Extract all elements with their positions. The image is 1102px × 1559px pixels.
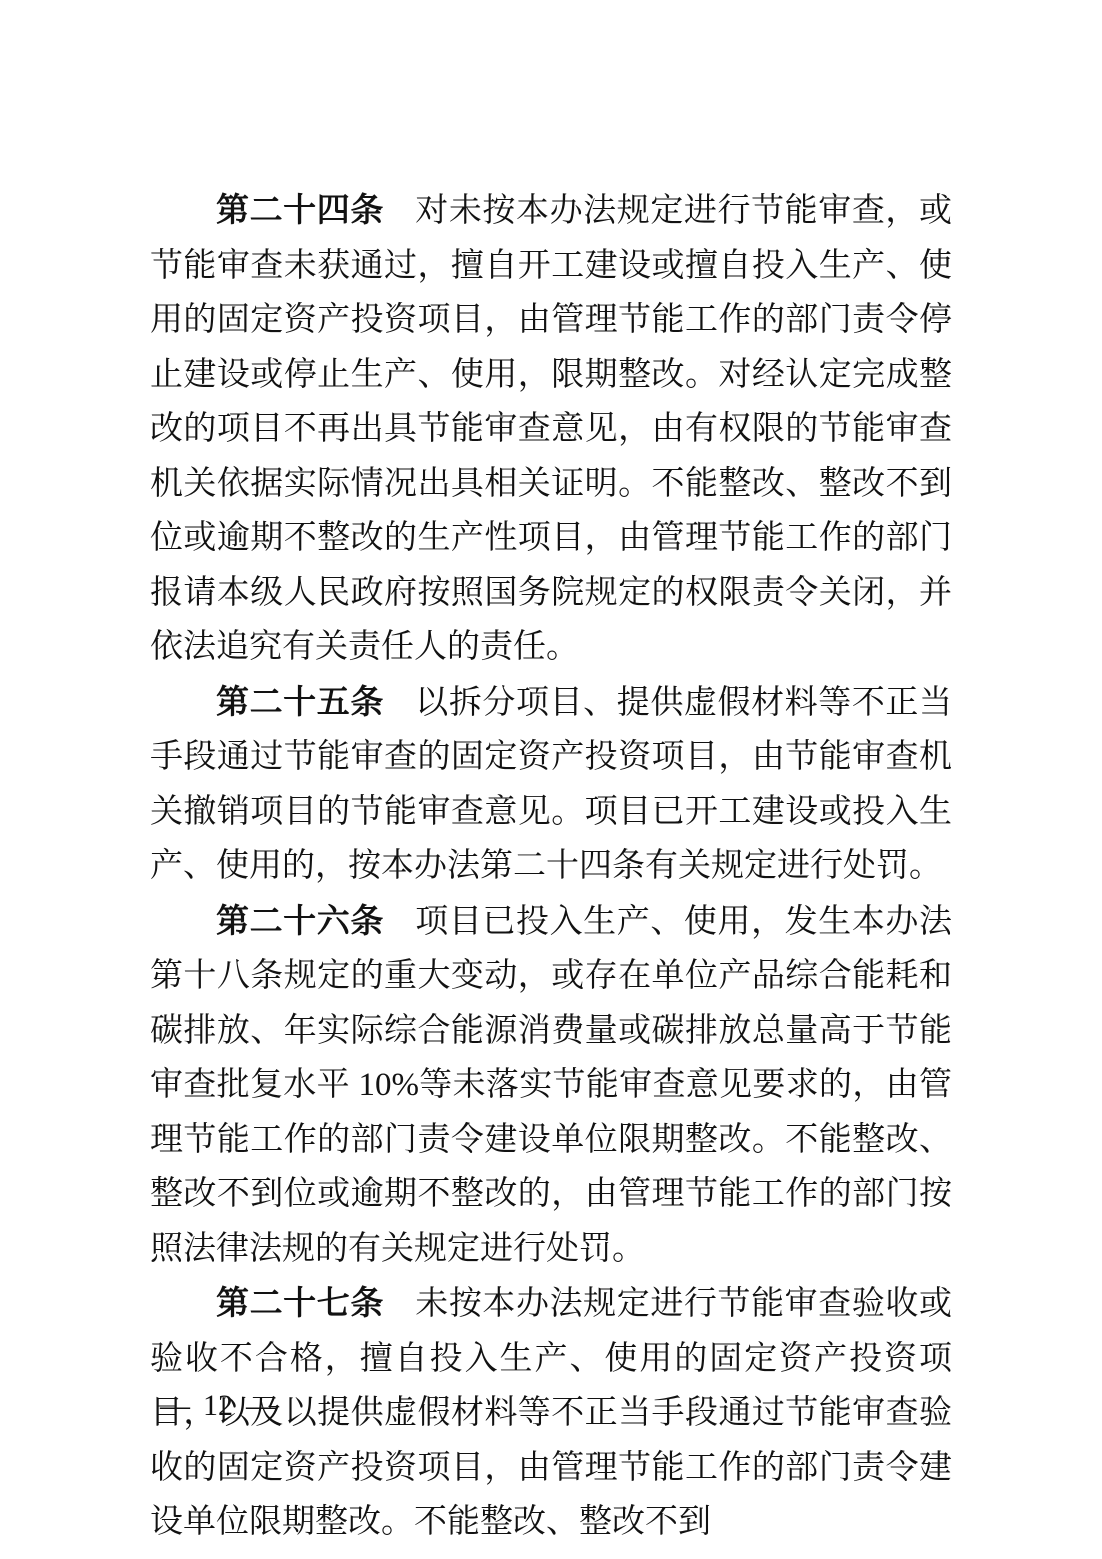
page-footer: — 12 — xyxy=(160,1385,276,1427)
article-24-text: 对未按本办法规定进行节能审查，或节能审查未获通过，擅自开工建设或擅自投入生产、使… xyxy=(150,193,952,665)
article-25-paragraph: 第二十五条以拆分项目、提供虚假材料等不正当手段通过节能审查的固定资产投资项目，由… xyxy=(150,675,952,894)
article-26-number: 第二十六条 xyxy=(216,902,384,939)
article-27-number: 第二十七条 xyxy=(216,1284,384,1321)
footer-right-dash: — xyxy=(246,1385,276,1427)
footer-left-dash: — xyxy=(160,1385,190,1427)
article-26-text: 项目已投入生产、使用，发生本办法第十八条规定的重大变动，或存在单位产品综合能耗和… xyxy=(150,904,952,1267)
article-24-paragraph: 第二十四条对未按本办法规定进行节能审查，或节能审查未获通过，擅自开工建设或擅自投… xyxy=(150,183,952,675)
document-page: 第二十四条对未按本办法规定进行节能审查，或节能审查未获通过，擅自开工建设或擅自投… xyxy=(0,0,1102,1559)
article-25-number: 第二十五条 xyxy=(216,683,384,720)
document-body: 第二十四条对未按本办法规定进行节能审查，或节能审查未获通过，擅自开工建设或擅自投… xyxy=(150,183,952,1550)
article-26-paragraph: 第二十六条项目已投入生产、使用，发生本办法第十八条规定的重大变动，或存在单位产品… xyxy=(150,894,952,1277)
article-24-number: 第二十四条 xyxy=(216,191,384,228)
page-number: 12 xyxy=(203,1385,233,1427)
